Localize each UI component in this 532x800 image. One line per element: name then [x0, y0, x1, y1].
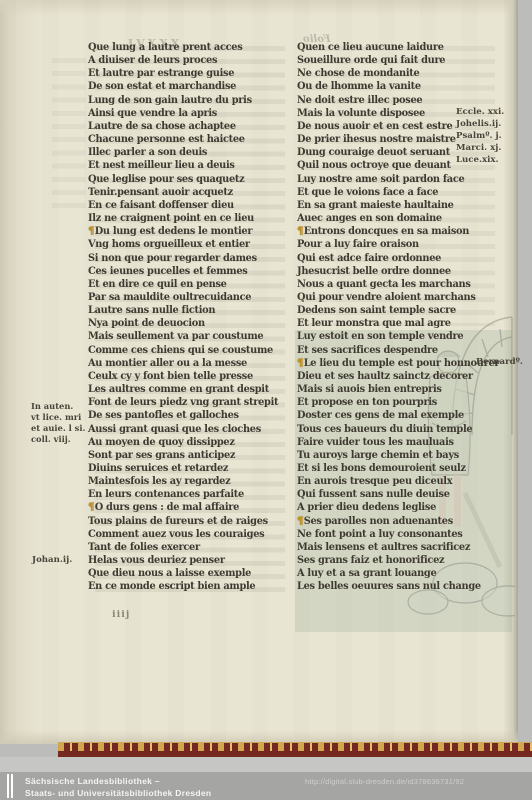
slub-logo-bars-icon [7, 774, 14, 798]
verse-line: En ce monde escript bien ample [88, 580, 303, 593]
verse-text: En ce faisant doffenser dieu [88, 200, 234, 211]
margin-scripture-references: Eccle. xxi.Johelis.ij.Psalmº. j.Marci. x… [456, 106, 504, 166]
verse-line: En sa grant maieste haultaine [297, 199, 512, 212]
verse-line: Diuins seruices et retardez [88, 462, 303, 475]
margin-reference: Luce.xix. [456, 154, 504, 166]
verse-line: Ses grans faiz et honorificez [297, 554, 512, 567]
verse-line: Auec anges en son domaine [297, 212, 512, 225]
verse-text: Et leur monstra que mal agre [297, 318, 451, 329]
gold-initial-mark: ¶ [88, 225, 95, 237]
verse-line: Vng homs orgueilleux et entier [88, 238, 303, 251]
verse-line: ¶O durs gens : de mal affaire [88, 501, 303, 514]
verse-text: Et lautre par estrange guise [88, 68, 234, 79]
verse-text: Quil nous octroye que deuant [297, 160, 451, 171]
verse-line: ¶Du lung est dedens le montier [88, 225, 303, 238]
verse-line: ¶Ses parolles non aduenantes [297, 515, 512, 528]
verse-text: Nya point de deuocion [88, 318, 205, 329]
verse-line: Ou de lhomme la vanite [297, 80, 512, 93]
verse-text: En sa grant maieste haultaine [297, 200, 454, 211]
verse-line: Doster ces gens de mal exemple [297, 409, 512, 422]
library-name: Sächsische Landesbibliothek – Staats- un… [25, 776, 211, 799]
verse-line: Tous ces baueurs du diuin temple [297, 423, 512, 436]
verse-text: Illec parler a son deuis [88, 147, 207, 158]
verse-text: Tu auroys large chemin et bays [297, 450, 459, 461]
verse-line: Et lautre par estrange guise [88, 67, 303, 80]
verse-line: Sont par ses grans anticipez [88, 449, 303, 462]
verse-line: Qui pour vendre aloient marchans [297, 291, 512, 304]
verse-line: Tu auroys large chemin et bays [297, 449, 512, 462]
verse-line: Ne doit estre illec posee [297, 94, 512, 107]
verse-text: Sont par ses grans anticipez [88, 450, 235, 461]
verse-text: Par sa mauldite oultrecuidance [88, 292, 251, 303]
verse-text: Doster ces gens de mal exemple [297, 410, 464, 421]
verse-line: Soueillure orde qui fait dure [297, 54, 512, 67]
gold-initial-mark: ¶ [297, 515, 304, 527]
verse-line: Jhesucrist belle ordre donnee [297, 265, 512, 278]
verse-line: Dieu et ses haultz sainctz decorer [297, 370, 512, 383]
margin-reference: Johelis.ij. [456, 118, 504, 130]
verse-line: Dedens son saint temple sacre [297, 304, 512, 317]
verse-text: A diuiser de leurs proces [88, 55, 217, 66]
margin-reference: Marci. xj. [456, 142, 504, 154]
verse-line: Et en dire ce quil en pense [88, 278, 303, 291]
verse-text: Au montier aller ou a la messe [88, 358, 247, 369]
verse-text: Entrons doncques en sa maison [304, 226, 469, 237]
verse-text: Les belles oeuures sans nul change [297, 581, 481, 592]
verse-text: Diuins seruices et retardez [88, 463, 228, 474]
verse-line: Que leglise pour ses quaquetz [88, 173, 303, 186]
verse-text: Luy estoit en son temple vendre [297, 331, 463, 342]
verse-text: Ses parolles non aduenantes [304, 516, 453, 527]
verse-text: Mais si auois bien entrepris [297, 384, 442, 395]
verse-line: A luy et a sa grant louange [297, 567, 512, 580]
verse-line: ¶Entrons doncques en sa maison [297, 225, 512, 238]
verse-line: Mais si auois bien entrepris [297, 383, 512, 396]
verse-line: Luy nostre ame soit pardon face [297, 173, 512, 186]
verse-text: De ses pantofles et galloches [88, 410, 239, 421]
verse-text: Dedens son saint temple sacre [297, 305, 456, 316]
digital-url: http://digital.slub-dresden.de/id3786367… [305, 777, 464, 786]
margin-note-line: coll. viij. [31, 434, 85, 445]
verse-line: Comment auez vous les couraiges [88, 528, 303, 541]
verse-line: Pour a luy faire oraison [297, 238, 512, 251]
verse-text: Tous ces baueurs du diuin temple [297, 424, 472, 435]
verse-line: Que dieu nous a laisse exemple [88, 567, 303, 580]
margin-reference: Eccle. xxi. [456, 106, 504, 118]
verse-line: Faire vuider tous les mauluais [297, 436, 512, 449]
verse-line: Et si les bons demouroient seulz [297, 462, 512, 475]
verse-text: A luy et a sa grant louange [297, 568, 436, 579]
verse-text: Chacune personne est haictee [88, 134, 245, 145]
showthrough-margin [52, 58, 86, 208]
verse-text: Ilz ne craignent point en ce lieu [88, 213, 254, 224]
verse-text: Tenir.pensant auoir acquetz [88, 187, 233, 198]
verse-text: Lautre sans nulle fiction [88, 305, 215, 316]
verse-line: Les aultres comme en grant despit [88, 383, 303, 396]
verse-line: A diuiser de leurs proces [88, 54, 303, 67]
verse-line: En aurois tresque peu diceulx [297, 475, 512, 488]
verse-text: Helas vous deuriez penser [88, 555, 225, 566]
verse-line: De ses pantofles et galloches [88, 409, 303, 422]
verse-text: Faire vuider tous les mauluais [297, 437, 454, 448]
verse-text: O durs gens : de mal affaire [95, 502, 239, 513]
margin-note-line: In auten. [31, 401, 85, 412]
verse-line: En ce faisant doffenser dieu [88, 199, 303, 212]
verse-text: Ces ieunes pucelles et femmes [88, 266, 248, 277]
verse-line: Par sa mauldite oultrecuidance [88, 291, 303, 304]
verse-text: Aussi grant quasi que les cloches [88, 424, 261, 435]
verse-text: A prier dieu dedens leglise [297, 502, 436, 513]
verse-text: En ce monde escript bien ample [88, 581, 255, 592]
verse-line: Ceulx cy y font bien telle presse [88, 370, 303, 383]
verse-text: Que leglise pour ses quaquetz [88, 174, 244, 185]
left-text-column: Que lung a lautre prent acces A diuiser … [88, 41, 303, 594]
verse-line: Nya point de deuocion [88, 317, 303, 330]
verse-line: Et nest meilleur lieu a deuis [88, 159, 303, 172]
verse-text: Dung couraige deuot seruant [297, 147, 450, 158]
margin-note-legal: In auten.vt lice. mriet auie. l si.coll.… [31, 401, 85, 445]
verse-text: Et en dire ce quil en pense [88, 279, 227, 290]
verse-text: Au moyen de quoy dissippez [88, 437, 235, 448]
verse-line: Ne font point a luy consonantes [297, 528, 512, 541]
verse-line: Tant de folies exercer [88, 541, 303, 554]
verse-line: Luy estoit en son temple vendre [297, 330, 512, 343]
quire-signature: iiij [112, 609, 130, 620]
verse-text: Et nest meilleur lieu a deuis [88, 160, 235, 171]
verse-text: Tous plains de fureurs et de raiges [88, 516, 268, 527]
gilt-edge-band [58, 742, 532, 758]
verse-line: Nous a quant gecta les marchans [297, 278, 512, 291]
verse-text: Comme ces chiens qui se coustume [88, 345, 273, 356]
verse-line: A prier dieu dedens leglise [297, 501, 512, 514]
verse-line: Et que le voions face a face [297, 186, 512, 199]
verse-text: Mais la volunte disposee [297, 108, 425, 119]
verse-line: De son estat et marchandise [88, 80, 303, 93]
verse-text: Auec anges en son domaine [297, 213, 442, 224]
gold-initial-mark: ¶ [297, 225, 304, 237]
margin-reference: Psalmº. j. [456, 130, 504, 142]
manuscript-page: IVXXX Folio [0, 0, 518, 744]
verse-line: Et ses sacrifices despendre [297, 344, 512, 357]
verse-line: Lung de son gain lautre du pris [88, 94, 303, 107]
footer-bar: Sächsische Landesbibliothek – Staats- un… [0, 772, 532, 800]
verse-text: Le lieu du temple est pour honnourer [304, 358, 500, 369]
verse-line: Et leur monstra que mal agre [297, 317, 512, 330]
margin-note-bernard: Bernardº. [476, 356, 523, 368]
verse-line: Si non que pour regarder dames [88, 252, 303, 265]
verse-line: Et propose en ton pourpris [297, 396, 512, 409]
verse-text: Et propose en ton pourpris [297, 397, 437, 408]
verse-text: Tant de folies exercer [88, 542, 200, 553]
verse-text: Ne doit estre illec posee [297, 95, 422, 106]
verse-line: Lautre de sa chose achaptee [88, 120, 303, 133]
verse-text: Ses grans faiz et honorificez [297, 555, 444, 566]
verse-line: Lautre sans nulle fiction [88, 304, 303, 317]
verse-line: Ces ieunes pucelles et femmes [88, 265, 303, 278]
verse-line: Tous plains de fureurs et de raiges [88, 515, 303, 528]
verse-text: Lung de son gain lautre du pris [88, 95, 252, 106]
gold-initial-mark: ¶ [297, 357, 304, 369]
verse-text: Les aultres comme en grant despit [88, 384, 269, 395]
screenshot-stage: IVXXX Folio [0, 0, 532, 800]
verse-line: Qui fussent sans nulle deuise [297, 488, 512, 501]
book-photo: IVXXX Folio [0, 0, 532, 772]
verse-text: Mais lensens et aultres sacrificez [297, 542, 470, 553]
verse-text: Soueillure orde qui fait dure [297, 55, 445, 66]
verse-line: Au montier aller ou a la messe [88, 357, 303, 370]
verse-text: Ceulx cy y font bien telle presse [88, 371, 253, 382]
verse-line: Tenir.pensant auoir acquetz [88, 186, 303, 199]
verse-line: Aussi grant quasi que les cloches [88, 423, 303, 436]
verse-text: Dieu et ses haultz sainctz decorer [297, 371, 473, 382]
verse-line: Illec parler a son deuis [88, 146, 303, 159]
verse-text: Luy nostre ame soit pardon face [297, 174, 464, 185]
verse-line: Font de leurs piedz vng grant strepit [88, 396, 303, 409]
verse-line: Ainsi que vendre la apris [88, 107, 303, 120]
verse-text: Ou de lhomme la vanite [297, 81, 421, 92]
library-name-line2: Staats- und Universitätsbibliothek Dresd… [25, 788, 211, 800]
verse-line: Chacune personne est haictee [88, 133, 303, 146]
verse-text: Si non que pour regarder dames [88, 253, 257, 264]
verse-text: Que lung a lautre prent acces [88, 42, 242, 53]
verse-line: Ne chose de mondanite [297, 67, 512, 80]
verse-line: Mais seullement va par coustume [88, 330, 303, 343]
verse-text: En aurois tresque peu diceulx [297, 476, 452, 487]
verse-text: Du lung est dedens le montier [95, 226, 253, 237]
verse-line: Les belles oeuures sans nul change [297, 580, 512, 593]
verse-text: Jhesucrist belle ordre donnee [297, 266, 451, 277]
library-name-line1: Sächsische Landesbibliothek – [25, 776, 211, 788]
margin-note-johan: Johan.ij. [32, 554, 72, 566]
verse-line: Qui est adce faire ordonnee [297, 252, 512, 265]
verse-text: Maintesfois les ay regardez [88, 476, 230, 487]
verse-text: En leurs contenances parfaite [88, 489, 244, 500]
verse-text: Comment auez vous les couraiges [88, 529, 264, 540]
verse-text: Que dieu nous a laisse exemple [88, 568, 251, 579]
verse-text: Qui pour vendre aloient marchans [297, 292, 476, 303]
verse-text: Mais seullement va par coustume [88, 331, 263, 342]
margin-note-line: et auie. l si. [31, 423, 85, 434]
verse-text: Font de leurs piedz vng grant strepit [88, 397, 278, 408]
verse-line: Ilz ne craignent point en ce lieu [88, 212, 303, 225]
verse-text: Et ses sacrifices despendre [297, 345, 438, 356]
verse-text: Et que le voions face a face [297, 187, 438, 198]
background-strip [0, 757, 532, 772]
verse-text: Ne font point a luy consonantes [297, 529, 463, 540]
verse-text: Nous a quant gecta les marchans [297, 279, 471, 290]
margin-note-line: vt lice. mri [31, 412, 85, 423]
verse-text: Pour a luy faire oraison [297, 239, 419, 250]
verse-text: De son estat et marchandise [88, 81, 236, 92]
verse-line: Helas vous deuriez penser [88, 554, 303, 567]
verse-text: Qui est adce faire ordonnee [297, 253, 441, 264]
verse-line: Que lung a lautre prent acces [88, 41, 303, 54]
verse-text: Et si les bons demouroient seulz [297, 463, 466, 474]
verse-text: Ainsi que vendre la apris [88, 108, 217, 119]
verse-line: Quen ce lieu aucune laidure [297, 41, 512, 54]
verse-text: Qui fussent sans nulle deuise [297, 489, 450, 500]
verse-line: Au moyen de quoy dissippez [88, 436, 303, 449]
verse-text: Vng homs orgueilleux et entier [88, 239, 250, 250]
gold-initial-mark: ¶ [88, 501, 95, 513]
verse-text: De prier ihesus nostre maistre [297, 134, 456, 145]
verse-line: Comme ces chiens qui se coustume [88, 344, 303, 357]
verse-text: De nous auoir et en cest estre [297, 121, 452, 132]
verse-line: Mais lensens et aultres sacrificez [297, 541, 512, 554]
verse-text: Ne chose de mondanite [297, 68, 419, 79]
verse-line: Maintesfois les ay regardez [88, 475, 303, 488]
verse-line: En leurs contenances parfaite [88, 488, 303, 501]
verse-text: Lautre de sa chose achaptee [88, 121, 236, 132]
verse-text: Quen ce lieu aucune laidure [297, 42, 444, 53]
